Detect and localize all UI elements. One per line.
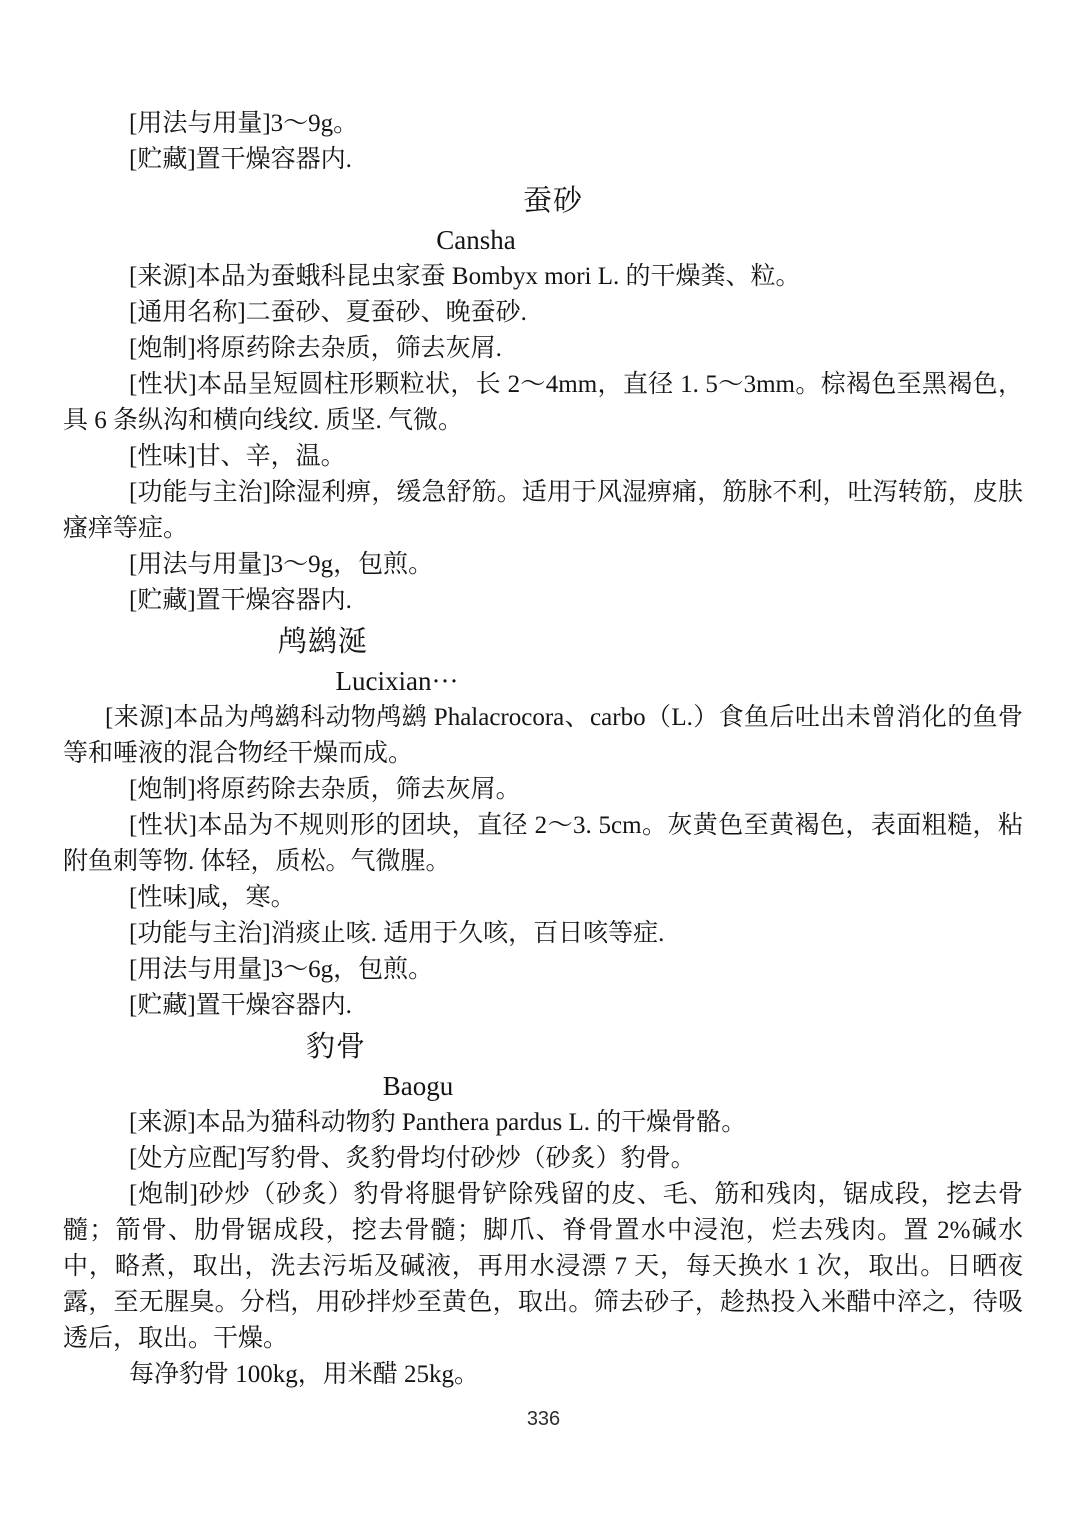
entry-title-cn: 鸬鹚涎 [0,622,803,662]
paragraph: [贮藏]置干燥容器内. [63,988,1023,1024]
paragraph: [炮制]砂炒（砂炙）豹骨将腿骨铲除残留的皮、毛、筋和残肉，锯成段，挖去骨髓；箭骨… [63,1177,1023,1357]
paragraph: [功能与主治]消痰止咳. 适用于久咳，百日咳等症. [63,916,1023,952]
paragraph: [处方应配]写豹骨、炙豹骨均付砂炒（砂炙）豹骨。 [63,1141,1023,1177]
paragraph: [性味]甘、辛，温。 [63,439,1023,475]
paragraph: [用法与用量]3～6g，包煎。 [63,952,1023,988]
paragraph: [来源]本品为鸬鹚科动物鸬鹚 Phalacrocora、carbo（L.）食鱼后… [63,700,1023,772]
document-body: [用法与用量]3～9g。[贮藏]置干燥容器内.蚕砂Cansha[来源]本品为蚕蛾… [63,106,1023,1393]
paragraph: [通用名称]二蚕砂、夏蚕砂、晚蚕砂. [63,295,1023,331]
paragraph: [功能与主治]除湿利痹，缓急舒筋。适用于风湿痹痛，筋脉不利，吐泻转筋，皮肤瘙痒等… [63,475,1023,547]
paragraph: [用法与用量]3～9g。 [63,106,1023,142]
paragraph: [性状]本品为不规则形的团块，直径 2～3. 5cm。灰黄色至黄褐色，表面粗糙，… [63,808,1023,880]
paragraph: [用法与用量]3～9g，包煎。 [63,547,1023,583]
entry-title-cn: 豹骨 [0,1027,816,1067]
paragraph: [贮藏]置干燥容器内. [63,583,1023,619]
paragraph: 每净豹骨 100kg，用米醋 25kg。 [63,1357,1023,1393]
entry-title-pinyin: Lucixian··· [0,662,877,700]
paragraph: [性味]咸，寒。 [63,880,1023,916]
entry-title-cn: 蚕砂 [73,181,1033,221]
paragraph: [贮藏]置干燥容器内. [63,142,1023,178]
page-number: 336 [0,1408,1087,1431]
paragraph: [炮制]将原药除去杂质，筛去灰屑。 [63,772,1023,808]
paragraph: [来源]本品为蚕蛾科昆虫家蚕 Bombyx mori L. 的干燥粪、粒。 [63,259,1023,295]
paragraph: [来源]本品为猫科动物豹 Panthera pardus L. 的干燥骨骼。 [63,1105,1023,1141]
entry-title-pinyin: Baogu [0,1067,898,1105]
paragraph: [性状]本品呈短圆柱形颗粒状，长 2～4mm，直径 1. 5～3mm。棕褐色至黑… [63,367,1023,439]
entry-title-pinyin: Cansha [0,221,956,259]
document-page: [用法与用量]3～9g。[贮藏]置干燥容器内.蚕砂Cansha[来源]本品为蚕蛾… [0,0,1087,1536]
paragraph: [炮制]将原药除去杂质，筛去灰屑. [63,331,1023,367]
